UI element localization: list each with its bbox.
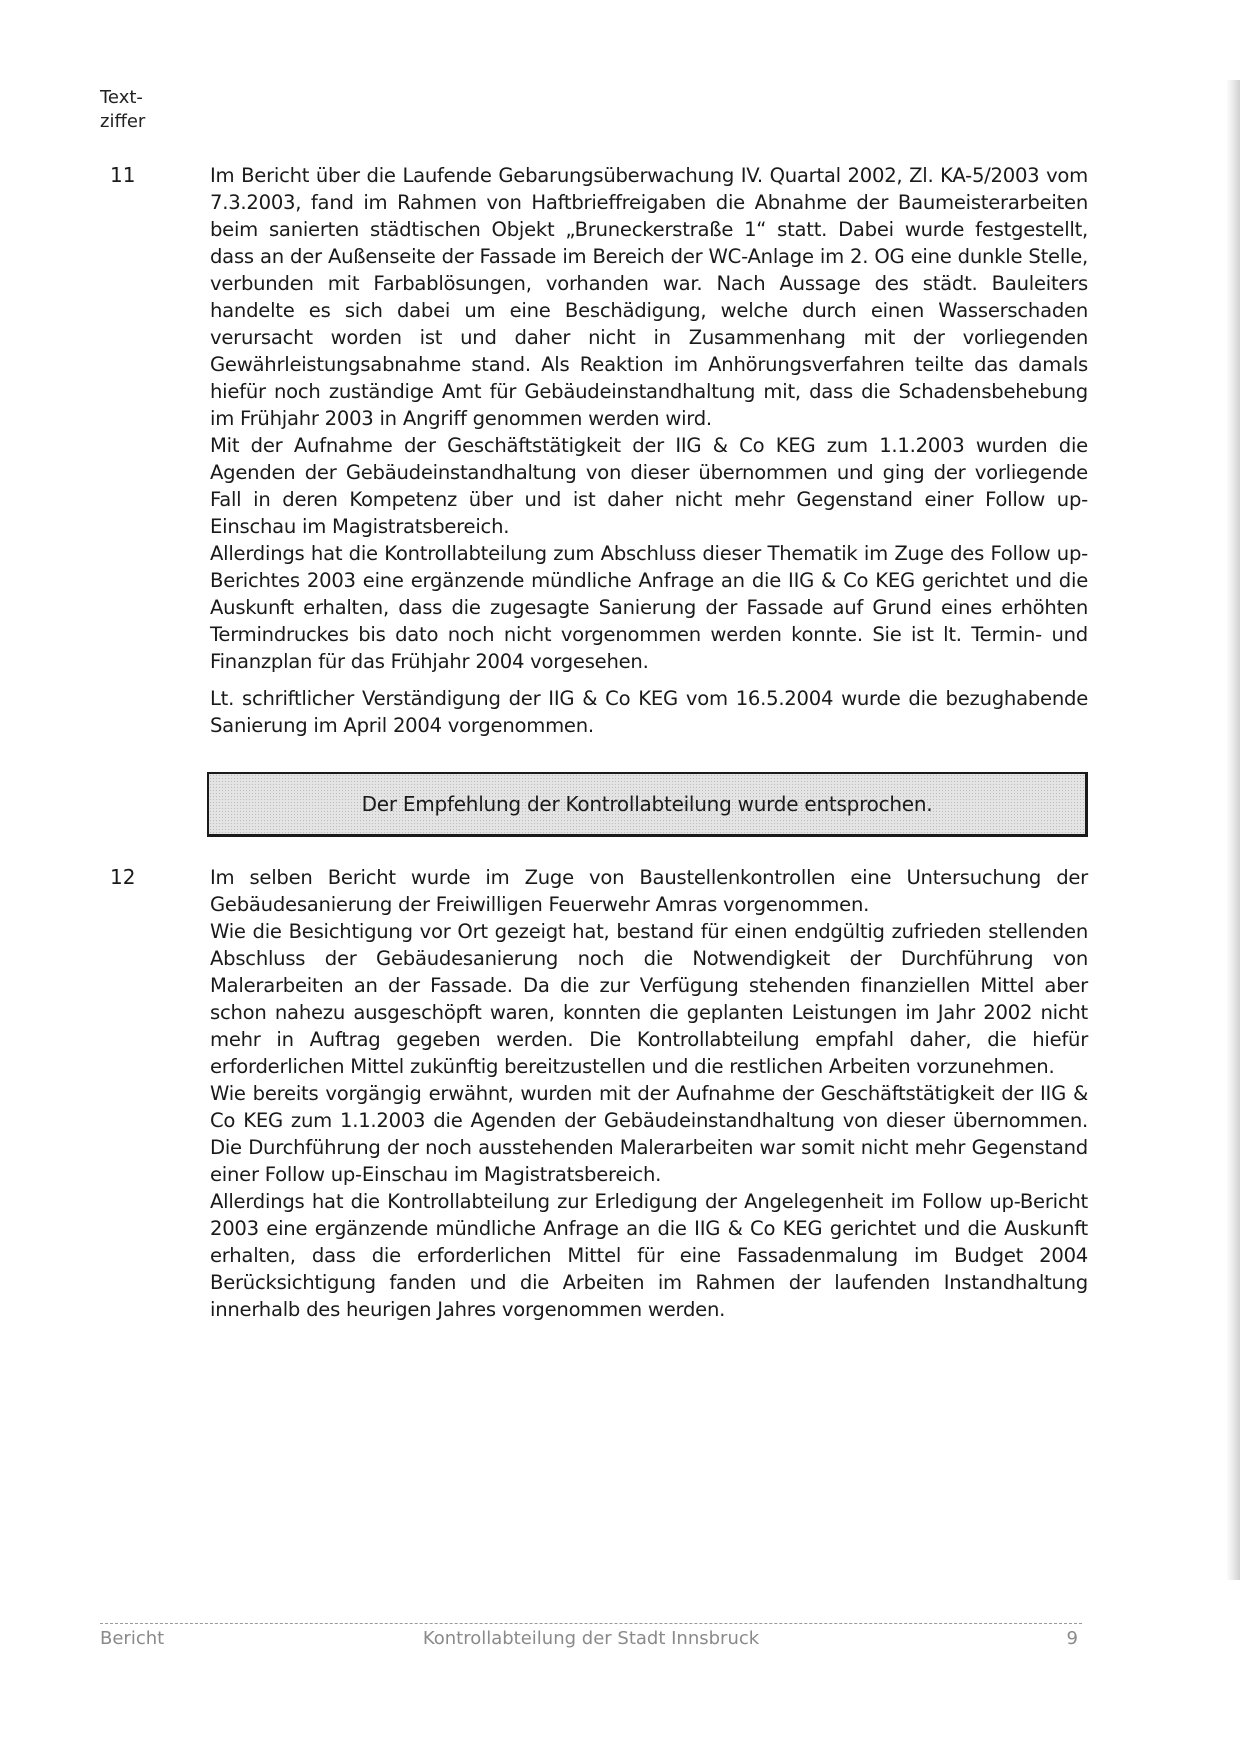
recommendation-result-text: Der Empfehlung der Kontrollabteilung wur… <box>362 792 933 816</box>
paragraph: Wie die Besichtigung vor Ort gezeigt hat… <box>210 918 1088 1080</box>
section-body: Im selben Bericht wurde im Zuge von Baus… <box>210 864 1088 1323</box>
margin-heading-line-2: ziffer <box>100 110 145 134</box>
section-number: 12 <box>110 864 135 891</box>
footer-organization: Kontrollabteilung der Stadt Innsbruck <box>100 1628 1082 1649</box>
paragraph: Allerdings hat die Kontrollabteilung zur… <box>210 1188 1088 1323</box>
scanned-page-edge-shadow <box>1226 80 1240 1580</box>
paragraph: Im selben Bericht wurde im Zuge von Baus… <box>210 864 1088 918</box>
page-footer: Bericht Kontrollabteilung der Stadt Inns… <box>100 1628 1082 1654</box>
margin-column-heading: Text- ziffer <box>100 86 145 134</box>
paragraph: Im Bericht über die Laufende Gebarungsüb… <box>210 162 1088 432</box>
paragraph: Wie bereits vorgängig erwähnt, wurden mi… <box>210 1080 1088 1188</box>
paragraph: Lt. schriftlicher Verständigung der IIG … <box>210 685 1088 739</box>
section-body: Im Bericht über die Laufende Gebarungsüb… <box>210 162 1088 739</box>
section-number: 11 <box>110 162 135 189</box>
recommendation-result-box: Der Empfehlung der Kontrollabteilung wur… <box>207 772 1088 837</box>
footer-divider <box>100 1623 1082 1624</box>
paragraph: Allerdings hat die Kontrollabteilung zum… <box>210 540 1088 675</box>
paragraph: Mit der Aufnahme der Geschäftstätigkeit … <box>210 432 1088 540</box>
margin-heading-line-1: Text- <box>100 86 145 110</box>
page-number: 9 <box>1067 1628 1078 1649</box>
